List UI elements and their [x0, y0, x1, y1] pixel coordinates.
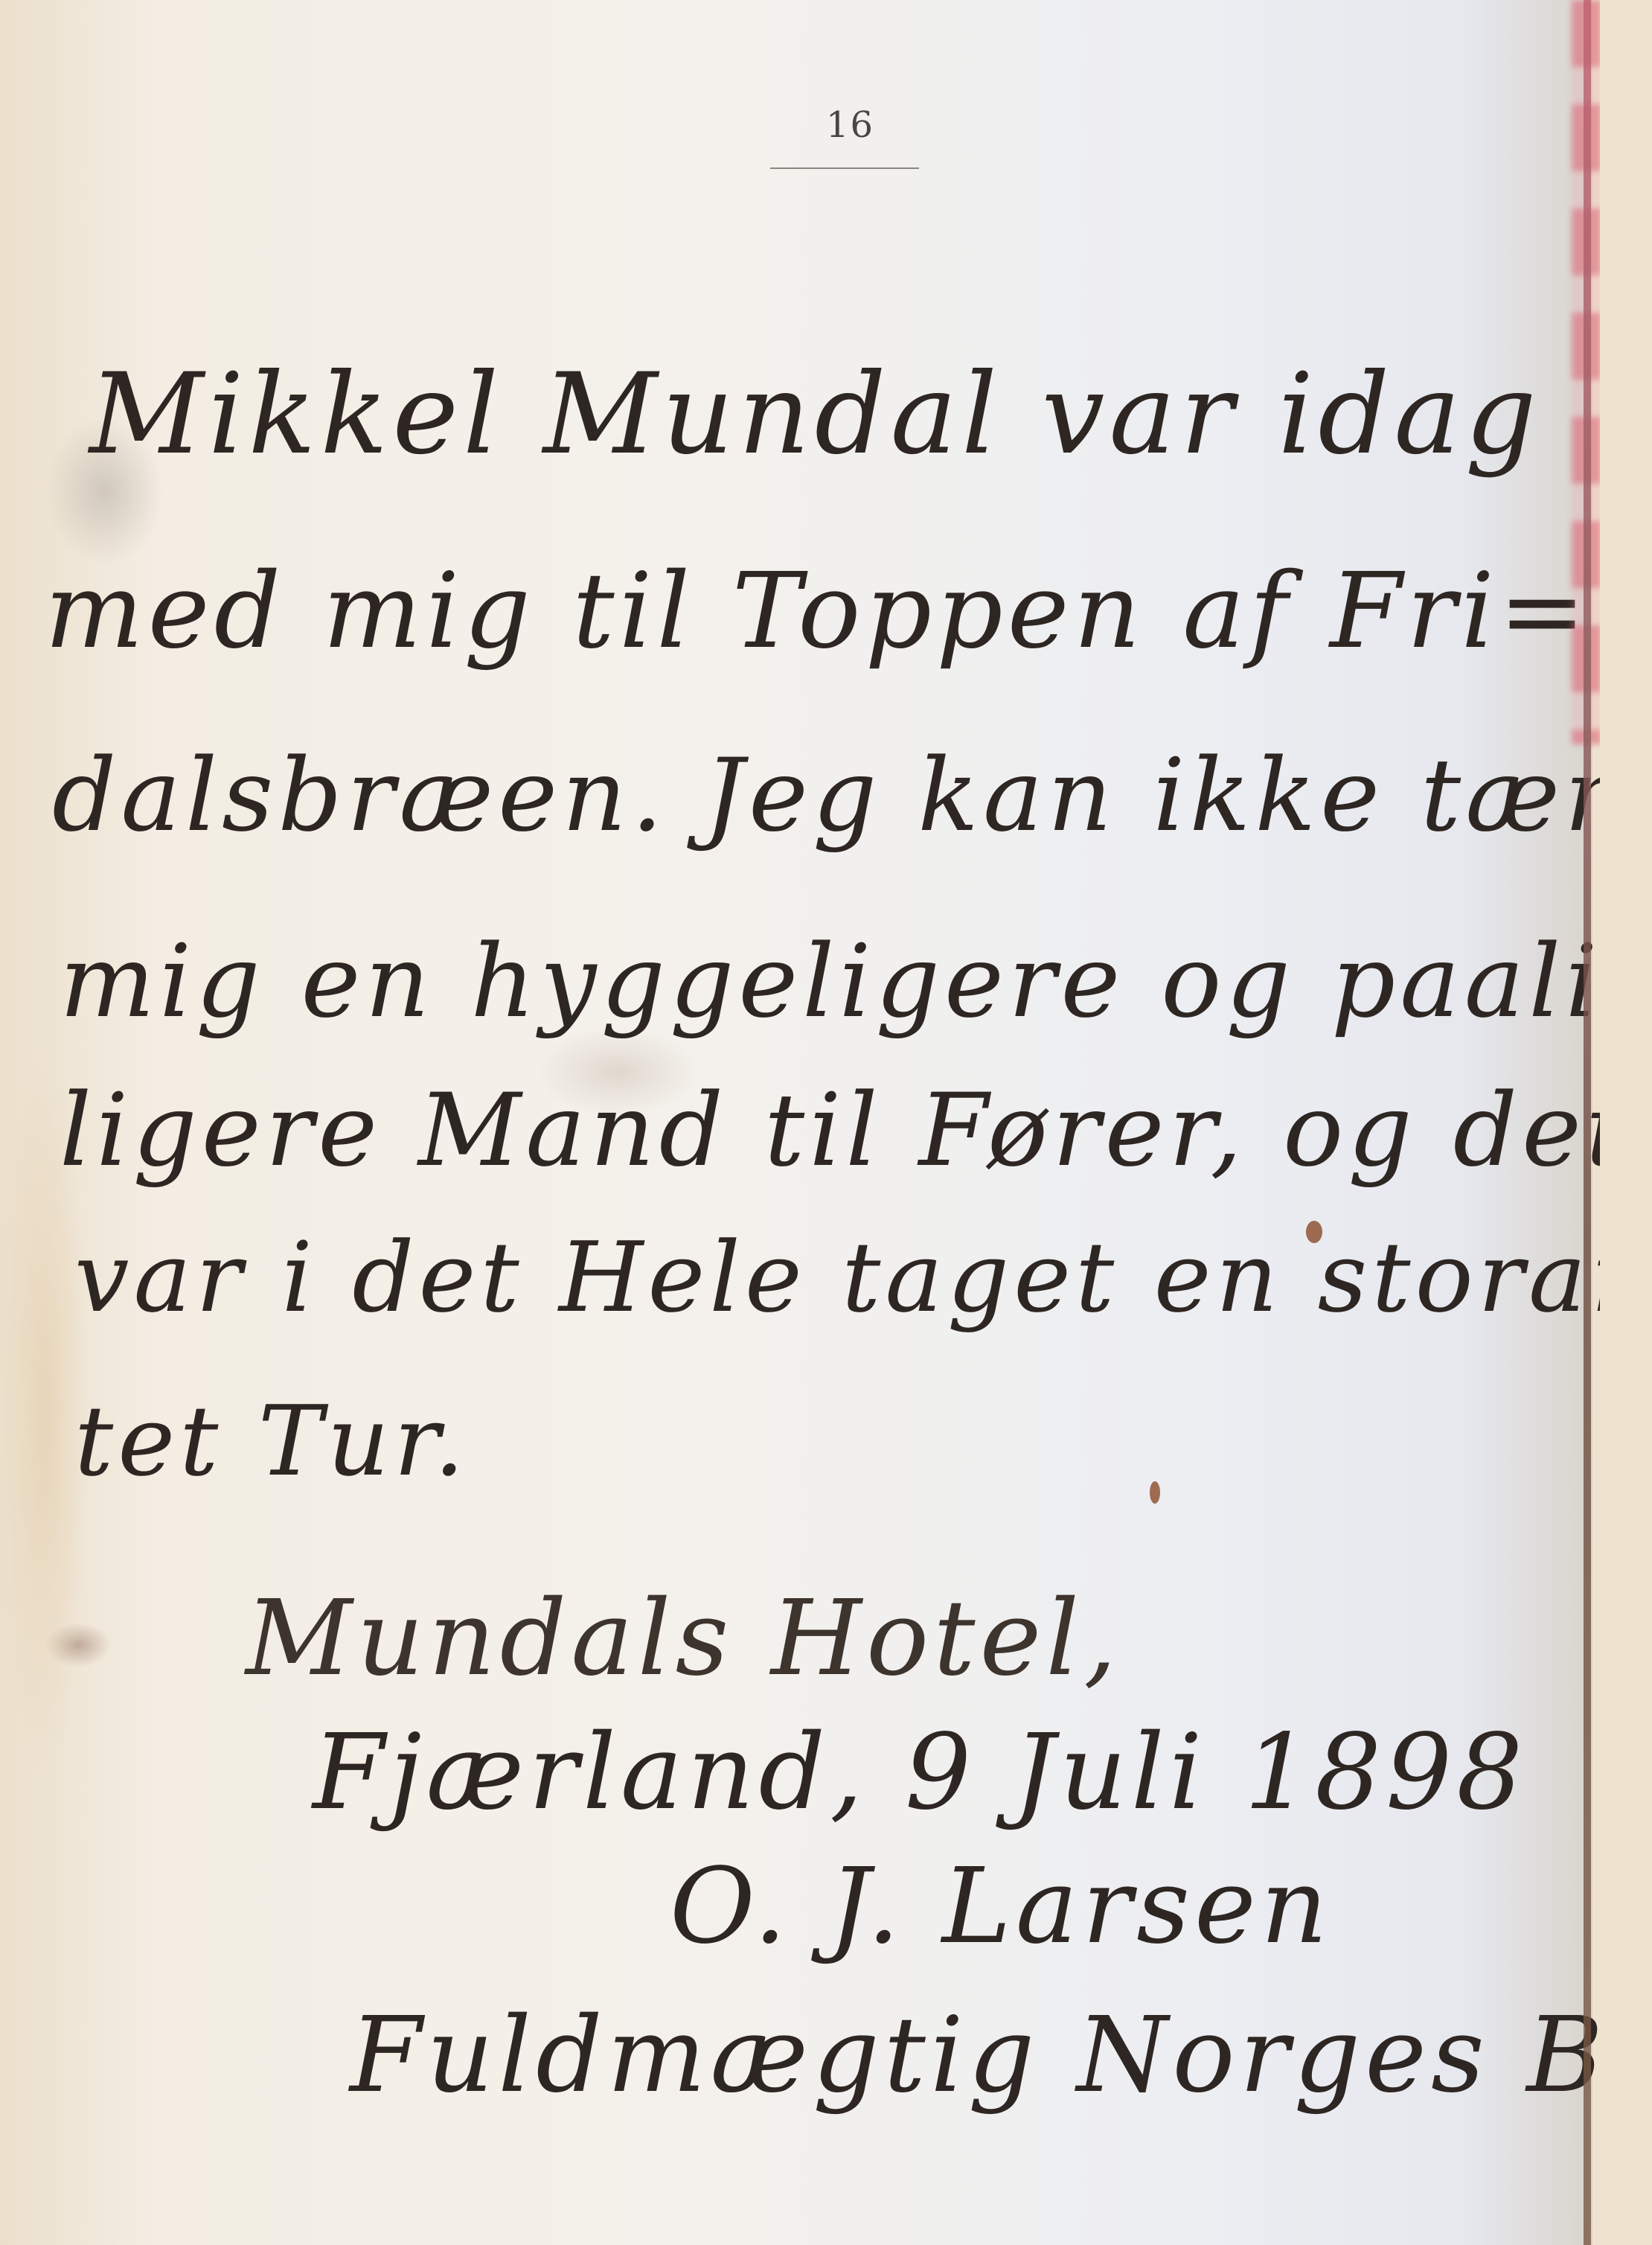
- signature-title: Fuldmægtig Norges Bank.: [350, 1995, 1652, 2116]
- notebook-page: 16 Mikkel Mundal var idag med mig til To…: [0, 0, 1592, 2245]
- handwritten-line-6: var i det Hele taget en storar=: [74, 1221, 1652, 1334]
- handwritten-line-4: mig en hyggeligere og paalide=: [60, 923, 1652, 1040]
- signature-name: O. J. Larsen: [670, 1846, 1332, 1967]
- handwritten-line-7: tet Tur.: [74, 1385, 469, 1498]
- signature-date: Fjærland, 9 Juli 1898: [313, 1712, 1527, 1833]
- handwritten-line-1: Mikkel Mundal var idag: [89, 350, 1541, 479]
- page-binding-edge: [1584, 0, 1591, 2245]
- handwritten-line-3: dalsbræen. Jeg kan ikke tænke: [52, 737, 1652, 854]
- page-number-rule: [770, 167, 919, 169]
- facing-page-edge: [1600, 0, 1652, 2245]
- handwritten-line-5: ligere Mand til Fører, og det: [60, 1072, 1630, 1189]
- page-number: 16: [826, 104, 874, 146]
- rust-spot: [1150, 1481, 1160, 1504]
- handwritten-line-2: med mig til Toppen af Fri=: [45, 551, 1590, 672]
- signature-place: Mundals Hotel,: [246, 1578, 1121, 1699]
